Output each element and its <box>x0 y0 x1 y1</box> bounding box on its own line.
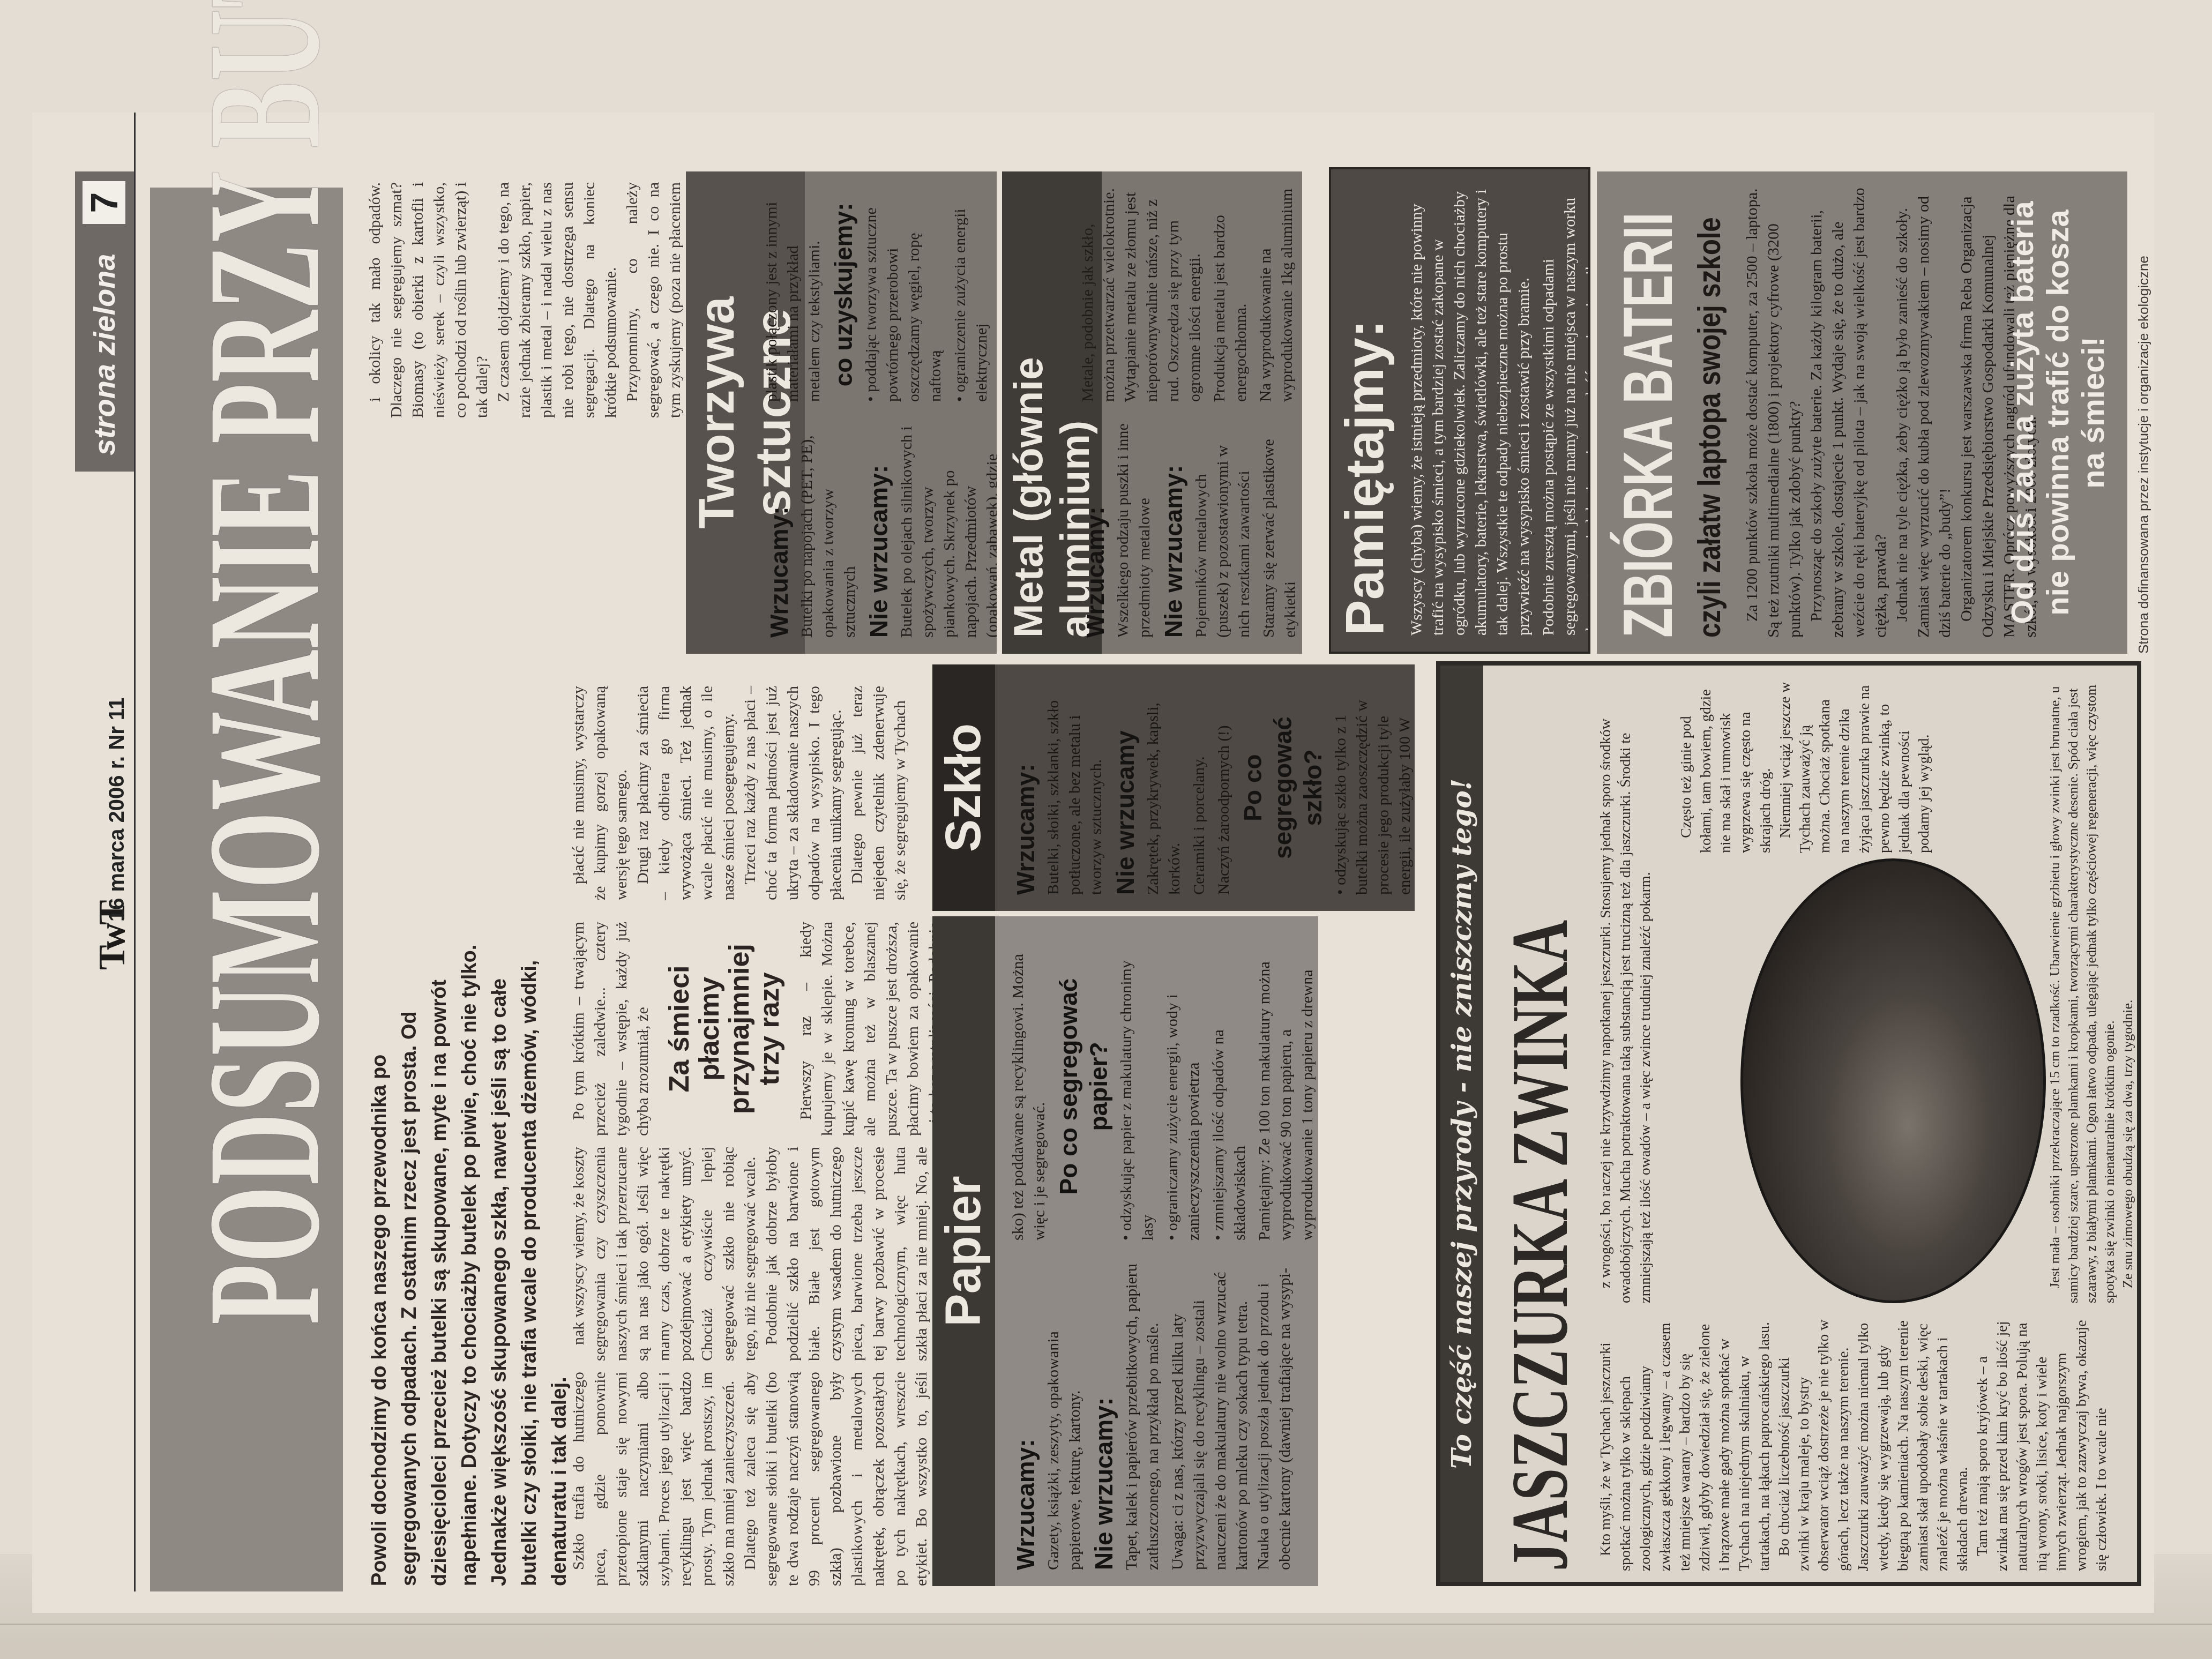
paragraph: Niemniej wciąż jeszcze w Tychach zauważy… <box>1775 682 1934 853</box>
paragraph: Trzeci raz każdy z nas płaci – choć ta f… <box>739 686 847 900</box>
box-text: Przynosząc do szkoły zużyte baterie. Za … <box>1806 188 1892 638</box>
newspaper-page: TwT 16 marca 2006 r. Nr 11 strona zielon… <box>32 113 2154 1613</box>
battery-slogan: Od dziś żadna zużyta bateria nie powinna… <box>2005 188 2111 638</box>
paragraph: Bo chociaż liczebność jaszczurki zwinki … <box>1774 1319 1972 1571</box>
headline: PODSUMOWANIE PRZY BUTELCE <box>171 454 356 1325</box>
wrzucamy-label: Wrzucamy: <box>1011 681 1041 895</box>
nie-wrzucamy-label: Nie wrzucamy <box>1110 681 1140 895</box>
box-text: • poddając tworzywa sztuczne powtórnego … <box>861 188 946 402</box>
box-body: Wrzucamy: Wszelkiego rodzaju puszki i in… <box>1077 188 1291 638</box>
nie-wrzucamy-label: Nie wrzucamy: <box>864 423 894 638</box>
box-text: Naczyń żaroodpornych (!) <box>1213 681 1235 895</box>
paragraph: płacić nie musimy, wystarczy że kupimy g… <box>568 686 632 900</box>
paragraph: Często też ginie pod kołami, tam bowiem,… <box>1676 682 1775 853</box>
paragraph: Szkło trafia do hutniczego pieca, gdzie … <box>568 1372 739 1586</box>
baterie-box: ZBIÓRKA BATERII czyli załatw laptopa swo… <box>1597 171 2127 654</box>
metal-box: Metal (głównie aluminium) Wrzucamy: Wsze… <box>1002 171 1302 654</box>
wrzucamy-label: Wrzucamy: <box>764 423 794 638</box>
header-rule <box>134 113 136 1591</box>
box-text: Pojemników metalowych (puszek) z pozosta… <box>1191 423 1255 638</box>
lizard-tagline: To część naszej przyrody - nie zniszczmy… <box>1440 666 1483 1582</box>
box-text: Tapet, kalek i papierów przebitkowych, p… <box>1121 1262 1164 1570</box>
box-text: Jednak nie na tyle ciężka, żeby ciężko j… <box>1892 188 1956 638</box>
szklo-box: Szkło Wrzucamy: Butelki, słoiki, szklank… <box>932 664 1415 911</box>
box-text: Metale, podobnie jak szkło, można przetw… <box>1077 188 1206 402</box>
box-title: Papier <box>932 916 995 1586</box>
box-body: Wrzucamy: Butelki po napojach (PET, PE),… <box>761 188 986 638</box>
box-text: Butelki, słoiki, szklanki, szkło potłucz… <box>1043 681 1107 895</box>
box-body: Za 1200 punktów szkoła może dostać kompu… <box>1742 188 2042 638</box>
section-banner: strona zielona 7 <box>75 171 134 472</box>
article-column-3: Po tym krótkim – trwającym przecież zale… <box>568 922 988 1136</box>
box-text: Produkcja metalu jest bardzo energochłon… <box>1209 188 1252 402</box>
papier-box: Papier Wrzucamy: Gazety, książki, zeszyt… <box>932 916 1318 1586</box>
paragraph: Dlatego pewnie już teraz niejeden czytel… <box>847 686 911 900</box>
tworzywa-box: Tworzywa sztuczne Wrzucamy: Butelki po n… <box>686 171 997 654</box>
subheading: Za śmieci płacimy przynajmniej trzy razy <box>664 922 784 1136</box>
wrzucamy-label: Wrzucamy: <box>1011 1262 1041 1570</box>
box-title: Pamiętajmy: <box>1331 169 1399 652</box>
paragraph: Drugi raz płacimy za śmiecia – kiedy odb… <box>632 686 739 900</box>
box-title: ZBIÓRKA BATERII <box>1608 212 1688 638</box>
article-column-5: i okolicy tak mało odpadów. Dlaczego nie… <box>364 182 707 418</box>
issue-date: 16 marca 2006 r. Nr 11 <box>105 698 129 922</box>
section-label: strona zielona <box>87 253 122 455</box>
nie-wrzucamy-label: Nie wrzucamy: <box>1089 1262 1119 1570</box>
box-body: Wrzucamy: Butelki, słoiki, szklanki, szk… <box>1007 681 1404 895</box>
gain-label: co uzyskujemy: <box>828 188 858 402</box>
paragraph: Jest mała – osobniki przekraczające 15 c… <box>2046 682 2119 1303</box>
box-text: Ceramiki i porcelany. <box>1189 681 1210 895</box>
box-text: Na wyprodukowanie na wyprodukowanie 1kg … <box>1255 188 1302 402</box>
pamietajmy-box: Pamiętajmy: Wszyscy (chyba) wiemy, że is… <box>1329 167 1590 654</box>
box-text: • zmniejszamy ilość odpadów na składowis… <box>1208 932 1251 1240</box>
paragraph: i okolicy tak mało odpadów. Dlaczego nie… <box>364 182 493 418</box>
lizard-column-4: Jest mała – osobniki przekraczające 15 c… <box>2046 682 2137 1303</box>
page-edge <box>0 1624 2212 1625</box>
box-text: • ograniczenie zużycia energii elektrycz… <box>950 188 992 402</box>
lizard-column-3: Często też ginie pod kołami, tam bowiem,… <box>1676 682 1934 853</box>
paragraph: Tam też mają sporo kryjówek – a zwinka m… <box>1972 1319 2111 1571</box>
box-title: Szkło <box>932 664 995 911</box>
paragraph: Po tym krótkim – trwającym przecież zale… <box>568 922 654 1136</box>
box-text: • odzyskując szkło tylko z 1 butelki moż… <box>1330 681 1415 895</box>
wrzucamy-label: Wrzucamy: <box>1080 423 1110 638</box>
paragraph: Z czasem dojdziemy i do tego, na razie j… <box>493 182 622 418</box>
paragraph: Kto myśli, że w Tychach jeszczurki spotk… <box>1596 1319 1774 1571</box>
paragraph: z wrogości, bo raczej nie krzywdzimy nap… <box>1596 682 1655 1303</box>
sponsor-note: Strona dofinansowana przez instytucje i … <box>2135 256 2152 654</box>
box-text: • odzyskując papier z makulatury chronim… <box>1116 932 1159 1240</box>
lizard-column-2: z wrogości, bo raczej nie krzywdzimy nap… <box>1596 682 1655 1303</box>
paragraph: Ze snu zimowego obudzą się za dwa, trzy … <box>2119 682 2137 1303</box>
box-text: Zakrętek, przykrywek, kapsli, korków. <box>1142 681 1185 895</box>
box-text: Gazety, książki, zeszyty, opakowania pap… <box>1043 1262 1086 1570</box>
box-body: Wszyscy (chyba) wiemy, że istnieją przed… <box>1406 185 1578 636</box>
box-text: Staramy się zerwać plastikowe etykietki <box>1258 423 1301 638</box>
nie-wrzucamy-label: Nie wrzucamy: <box>1159 423 1189 638</box>
box-text: Uwaga: ci z nas, którzy przed kilku laty… <box>1167 1262 1296 1570</box>
box-text: • ograniczamy zużycie energii, wody i za… <box>1162 932 1205 1240</box>
lizard-article: To część naszej przyrody - nie zniszczmy… <box>1436 661 2141 1586</box>
why-label: Po co segregować szkło? <box>1238 681 1328 895</box>
box-text: Wszyscy (chyba) wiemy, że istnieją przed… <box>1406 185 1535 636</box>
page-number: 7 <box>83 181 125 224</box>
lizard-title: JASZCZURKA ZWINKA <box>1494 920 1586 1571</box>
why-label: Po co segregować papier? <box>1053 932 1114 1240</box>
article-lede: Powoli dochodzimy do końca naszego przew… <box>364 911 574 1586</box>
box-body: Wrzucamy: Gazety, książki, zeszyty, opak… <box>1007 932 1307 1570</box>
box-text: Wszelkiego rodzaju puszki i inne przedmi… <box>1112 423 1155 638</box>
box-text: Za 1200 punktów szkoła może dostać kompu… <box>1742 188 1806 638</box>
box-text: Butelki po napojach (PET, PE), opakowani… <box>796 423 861 638</box>
paragraph: nak wszyscy wiemy, że koszty segregowani… <box>568 1147 761 1361</box>
box-text: Pamiętajmy: Ze 100 ton makulatury można … <box>1254 932 1318 1240</box>
lizard-photo <box>1740 858 2046 1303</box>
headline-bar: PODSUMOWANIE PRZY BUTELCE <box>150 188 343 1591</box>
lizard-column-1: Kto myśli, że w Tychach jeszczurki spotk… <box>1596 1319 2111 1571</box>
box-text: Podobnie zresztą można postąpić ze wszys… <box>1538 185 1590 636</box>
box-subtitle: czyli załatw laptopa swojej szkole <box>1691 217 1728 638</box>
article-column-4: płacić nie musimy, wystarczy że kupimy g… <box>568 686 911 900</box>
box-text: sko) też poddawane są recyklingowi. Możn… <box>1007 932 1050 1240</box>
